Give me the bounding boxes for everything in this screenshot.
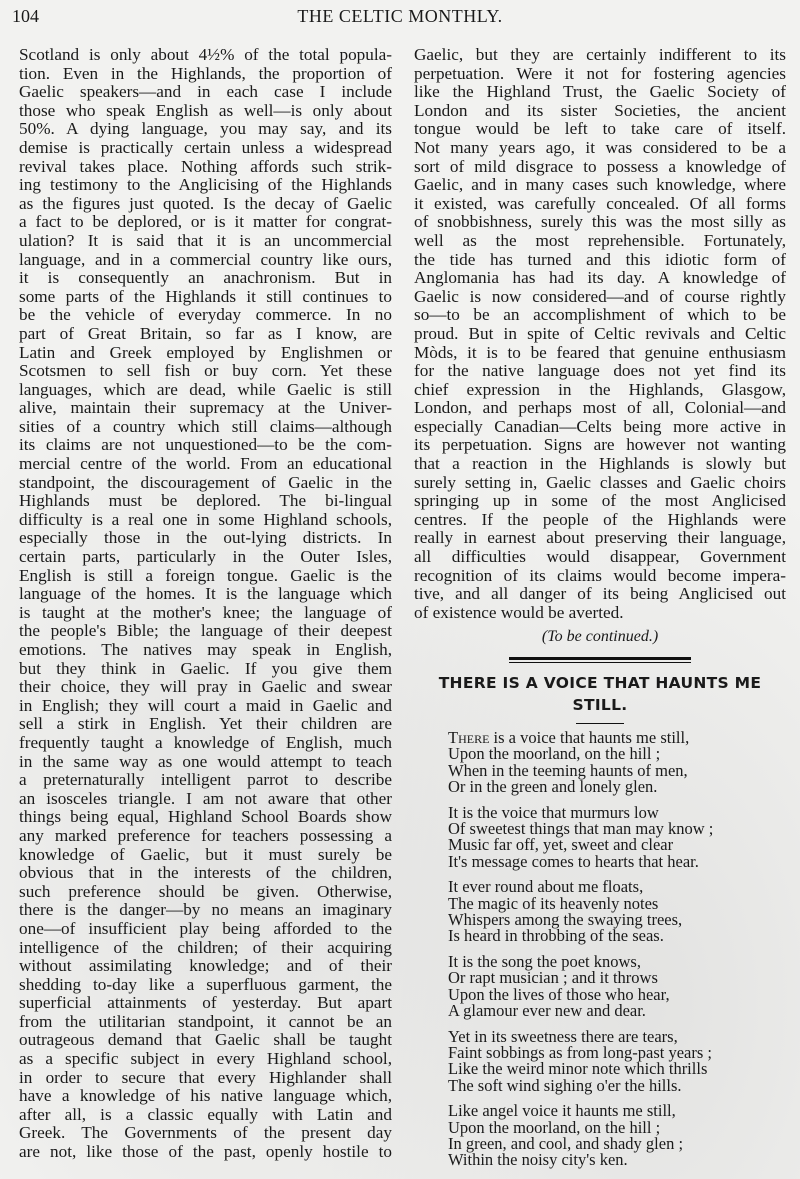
poem-stanza: It ever round about me floats,The magic … bbox=[448, 879, 786, 945]
text-line: superficial attainments of yesterday. Bu… bbox=[19, 994, 392, 1013]
text-line: tion. Even in the Highlands, the proport… bbox=[19, 65, 392, 84]
poem-line: Or in the green and lonely glen. bbox=[448, 779, 786, 795]
text-line: it is consequently an anachronism. But i… bbox=[19, 269, 392, 288]
text-line: really in earnest about preserving their… bbox=[414, 529, 786, 548]
text-line: London, and perhaps most of all, Colonia… bbox=[414, 399, 786, 418]
text-line: a preternaturally intelligent parrot to … bbox=[19, 771, 392, 790]
text-line: as a specific subject in every Highland … bbox=[19, 1050, 392, 1069]
text-line: so—to be an accomplishment of which to b… bbox=[414, 306, 786, 325]
text-line: but they think in Gaelic. If you give th… bbox=[19, 660, 392, 679]
poem-stanza: It is the song the poet knows,Or rapt mu… bbox=[448, 954, 786, 1020]
text-line: in the same way as one would attempt to … bbox=[19, 753, 392, 772]
text-line: revival takes place. Nothing affords suc… bbox=[19, 158, 392, 177]
text-line: demise is practically certain unless a w… bbox=[19, 139, 392, 158]
poem-line: The soft wind sighing o'er the hills. bbox=[448, 1078, 786, 1094]
text-line: that a reaction in the Highlands is slow… bbox=[414, 455, 786, 474]
text-line: as the figures just quoted. Is the decay… bbox=[19, 195, 392, 214]
poem-stanza: There is a voice that haunts me still,Up… bbox=[448, 730, 786, 796]
text-line: part of Great Britain, so far as I know,… bbox=[19, 325, 392, 344]
text-line: 50%. A dying language, you may say, and … bbox=[19, 120, 392, 139]
text-line: some parts of the Highlands it still con… bbox=[19, 288, 392, 307]
text-line: a fact to be deplored, or is it matter f… bbox=[19, 213, 392, 232]
text-line: like the Highland Trust, the Gaelic Soci… bbox=[414, 83, 786, 102]
text-line: London and its sister Societies, the anc… bbox=[414, 102, 786, 121]
text-line: of snobbishness, surely this was the mos… bbox=[414, 213, 786, 232]
poem-title: THERE IS A VOICE THAT HAUNTS ME STILL. bbox=[414, 672, 786, 716]
text-line: Latin and Greek employed by Englishmen o… bbox=[19, 344, 392, 363]
text-line: springing up in some of the most Anglici… bbox=[414, 492, 786, 511]
text-line: especially Canadian—Celts being more act… bbox=[414, 418, 786, 437]
text-line: Gaelic, and in many cases such knowledge… bbox=[414, 176, 786, 195]
text-line: Gaelic, but they are certainly indiffere… bbox=[414, 46, 786, 65]
text-line: surely setting in, Gaelic classes and Ga… bbox=[414, 474, 786, 493]
section-divider bbox=[509, 657, 691, 663]
title-rule bbox=[576, 723, 624, 724]
poem-line: A glamour ever new and dear. bbox=[448, 1003, 786, 1019]
left-column: Scotland is only about 4½% of the total … bbox=[19, 46, 392, 1162]
text-line: sort of mild disgrace to possess a knowl… bbox=[414, 158, 786, 177]
text-line: proud. But in spite of Celtic revivals a… bbox=[414, 325, 786, 344]
poem-stanza: It is the voice that murmurs lowOf sweet… bbox=[448, 805, 786, 871]
text-line: in English; they will court a maid in Ga… bbox=[19, 697, 392, 716]
text-line: be the vehicle of everyday commerce. In … bbox=[19, 306, 392, 325]
text-line: sities of a country which still claims—a… bbox=[19, 418, 392, 437]
text-line: tongue would be left to take care of its… bbox=[414, 120, 786, 139]
article-continuation: Gaelic, but they are certainly indiffere… bbox=[414, 46, 786, 622]
text-line: especially those in the out-lying distri… bbox=[19, 529, 392, 548]
text-line: for the native language does not yet fin… bbox=[414, 362, 786, 381]
text-line: Greek. The Governments of the present da… bbox=[19, 1124, 392, 1143]
text-line: obvious that in the interests of the chi… bbox=[19, 864, 392, 883]
text-line: recognition of its claims would become i… bbox=[414, 567, 786, 586]
text-line: an isosceles triangle. I am not aware th… bbox=[19, 790, 392, 809]
text-line: knowledge of Gaelic, but it must surely … bbox=[19, 846, 392, 865]
text-line: from the utilitarian standpoint, it cann… bbox=[19, 1013, 392, 1032]
text-line: ulation? It is said that it is an uncomm… bbox=[19, 232, 392, 251]
magazine-page: 104 THE CELTIC MONTHLY. Scotland is only… bbox=[0, 0, 800, 1179]
text-line: Anglomania has had its day. A knowledge … bbox=[414, 269, 786, 288]
journal-title: THE CELTIC MONTHLY. bbox=[0, 6, 800, 27]
text-line: are not, like those of the past, openly … bbox=[19, 1143, 392, 1162]
text-line: in order to secure that every Highlander… bbox=[19, 1069, 392, 1088]
text-line: have a knowledge of his native language … bbox=[19, 1087, 392, 1106]
text-line: tive, and all danger of its being Anglic… bbox=[414, 585, 786, 604]
poem-stanza: Like angel voice it haunts me still,Upon… bbox=[448, 1103, 786, 1169]
text-line: the people's Bible; the language of thei… bbox=[19, 622, 392, 641]
text-line: any marked preference for teachers posse… bbox=[19, 827, 392, 846]
text-line: Gaelic is now considered—and of course r… bbox=[414, 288, 786, 307]
poem-body: There is a voice that haunts me still,Up… bbox=[448, 730, 786, 1169]
text-line: things being equal, Highland School Boar… bbox=[19, 808, 392, 827]
text-line: sell a stirk in English. Yet their child… bbox=[19, 715, 392, 734]
text-line: alive, maintain their supremacy at the U… bbox=[19, 399, 392, 418]
text-line: well as the most reprehensible. Fortunat… bbox=[414, 232, 786, 251]
text-line: Gaelic speakers—and in each case I inclu… bbox=[19, 83, 392, 102]
text-line: language of the homes. It is the languag… bbox=[19, 585, 392, 604]
text-line: after all, is a classic equally with Lat… bbox=[19, 1106, 392, 1125]
poem-line: It's message comes to hearts that hear. bbox=[448, 854, 786, 870]
text-line: all difficulties would disappear, Govern… bbox=[414, 548, 786, 567]
text-line: emotions. The natives may speak in Engli… bbox=[19, 641, 392, 660]
text-line: Scotland is only about 4½% of the total … bbox=[19, 46, 392, 65]
text-line: chief expression in the Highlands, Glasg… bbox=[414, 381, 786, 400]
text-line: their choice, they will pray in Gaelic a… bbox=[19, 678, 392, 697]
text-line: of existence would be averted. bbox=[414, 604, 786, 623]
text-line: outrageous demand that Gaelic shall be t… bbox=[19, 1031, 392, 1050]
text-line: its claims are not unquestioned—to be th… bbox=[19, 436, 392, 455]
text-line: language, and in a commercial country li… bbox=[19, 251, 392, 270]
poem-stanza: Yet in its sweetness there are tears,Fai… bbox=[448, 1029, 786, 1095]
text-line: English is still a foreign tongue. Gaeli… bbox=[19, 567, 392, 586]
text-line: mercial centre of the world. From an edu… bbox=[19, 455, 392, 474]
text-line: the tide has turned and this idiotic for… bbox=[414, 251, 786, 270]
text-line: certain parts, particularly in the Outer… bbox=[19, 548, 392, 567]
text-line: such preference should be given. Otherwi… bbox=[19, 883, 392, 902]
text-line: Not many years ago, it was considered to… bbox=[414, 139, 786, 158]
text-line: Highlands must be deplored. The bi-lingu… bbox=[19, 492, 392, 511]
text-line: those who speak English as well—is only … bbox=[19, 102, 392, 121]
text-line: difficulty is a real one in some Highlan… bbox=[19, 511, 392, 530]
text-line: languages, which are dead, while Gaelic … bbox=[19, 381, 392, 400]
running-head: 104 THE CELTIC MONTHLY. bbox=[0, 6, 800, 32]
text-line: its perpetuation. Signs are however not … bbox=[414, 436, 786, 455]
text-line: is taught at the mother's knee; the lang… bbox=[19, 604, 392, 623]
text-line: one—of insufficient play being afforded … bbox=[19, 920, 392, 939]
poem-line: Is heard in throbbing of the seas. bbox=[448, 928, 786, 944]
text-line: centres. If the people of the Highlands … bbox=[414, 511, 786, 530]
text-line: shedding to-day like a superfluous garme… bbox=[19, 976, 392, 995]
text-line: Scotsmen to sell fish or buy corn. Yet t… bbox=[19, 362, 392, 381]
text-line: intelligence of the children; of their a… bbox=[19, 939, 392, 958]
text-line: perpetuation. Were it not for fostering … bbox=[414, 65, 786, 84]
right-column: Gaelic, but they are certainly indiffere… bbox=[414, 46, 786, 1178]
text-line: standpoint, the discouragement of Gaelic… bbox=[19, 474, 392, 493]
text-line: it existed, was carefully concealed. Of … bbox=[414, 195, 786, 214]
text-line: frequently taught a knowledge of English… bbox=[19, 734, 392, 753]
text-line: there is the danger—by no means an imagi… bbox=[19, 901, 392, 920]
text-line: ing testimony to the Anglicising of the … bbox=[19, 176, 392, 195]
poem-line: Within the noisy city's ken. bbox=[448, 1152, 786, 1168]
to-be-continued-note: (To be continued.) bbox=[414, 628, 786, 647]
text-line: without assimilating knowledge; and of t… bbox=[19, 957, 392, 976]
text-line: Mòds, it is to be feared that genuine en… bbox=[414, 344, 786, 363]
